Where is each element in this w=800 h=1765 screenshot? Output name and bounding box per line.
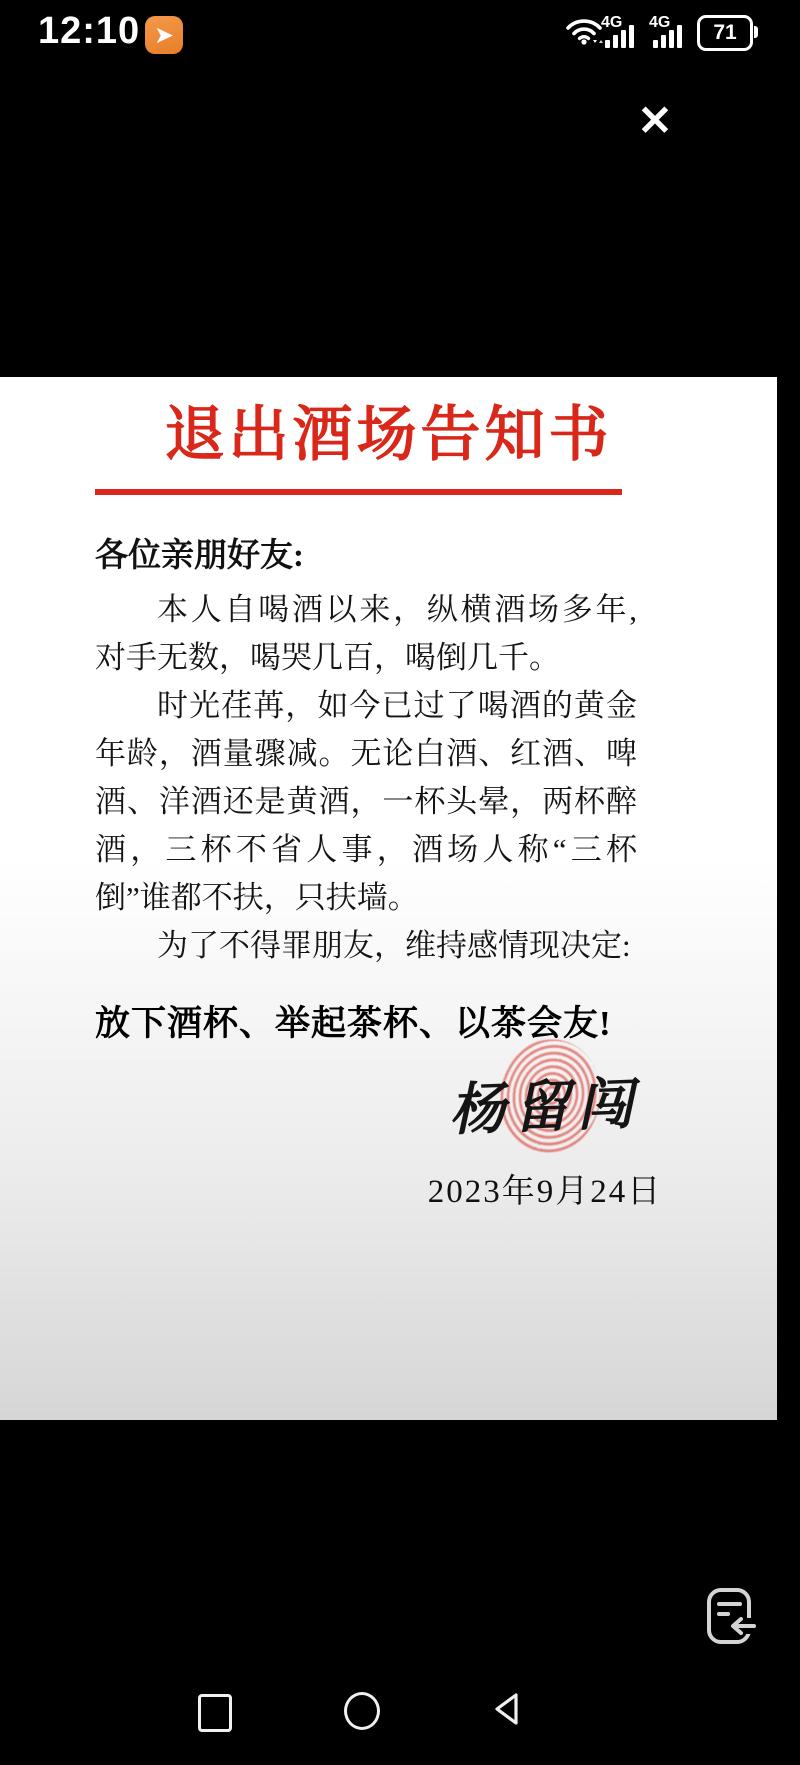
android-nav-bar <box>0 1670 800 1765</box>
notice-title: 退出酒场告知书 <box>0 387 777 473</box>
signature-text: 杨留闯 <box>419 1059 672 1148</box>
status-bar: 12:10 ➤ 4G 4G 71 <box>0 0 800 62</box>
signal-bars-icon-2 <box>653 25 682 48</box>
notice-date: 2023年9月24日 <box>420 1165 670 1212</box>
title-underline <box>95 489 622 495</box>
battery-icon: 71 <box>697 15 753 51</box>
clock-text: 12:10 <box>38 10 140 53</box>
home-button[interactable] <box>344 1692 380 1730</box>
signal-sim1: 4G <box>601 14 647 50</box>
signal-bars-icon-1 <box>605 25 634 48</box>
recents-button[interactable] <box>198 1694 232 1732</box>
notice-paragraph: 本人自喝酒以来，纵横酒场多年, 对手无数，喝哭几百，喝倒几千。 <box>95 586 637 682</box>
close-icon[interactable]: ✕ <box>630 96 680 146</box>
send-arrow-icon: ➤ <box>154 21 174 50</box>
wifi-icon <box>564 16 604 51</box>
signature-block: 杨留闯 2023年9月24日 <box>420 1029 670 1212</box>
notice-image[interactable]: 退出酒场告知书 各位亲朋好友: 本人自喝酒以来，纵横酒场多年, 对手无数，喝哭几… <box>0 377 777 1420</box>
battery-percent-text: 71 <box>713 21 736 45</box>
notice-body: 本人自喝酒以来，纵横酒场多年, 对手无数，喝哭几百，喝倒几千。 时光荏苒，如今已… <box>95 586 637 970</box>
notice-paragraph: 时光荏苒，如今已过了喝酒的黄金年龄，酒量骤减。无论白酒、红酒、啤酒、洋酒还是黄酒… <box>95 682 637 922</box>
signal-sim2: 4G <box>649 14 695 50</box>
back-button[interactable] <box>488 1688 530 1735</box>
floating-window-return-icon[interactable] <box>704 1586 760 1653</box>
notice-salutation: 各位亲朋好友: <box>95 529 777 576</box>
notice-paragraph: 为了不得罪朋友，维持感情现决定: <box>95 922 637 970</box>
notification-app-icon: ➤ <box>145 16 183 54</box>
